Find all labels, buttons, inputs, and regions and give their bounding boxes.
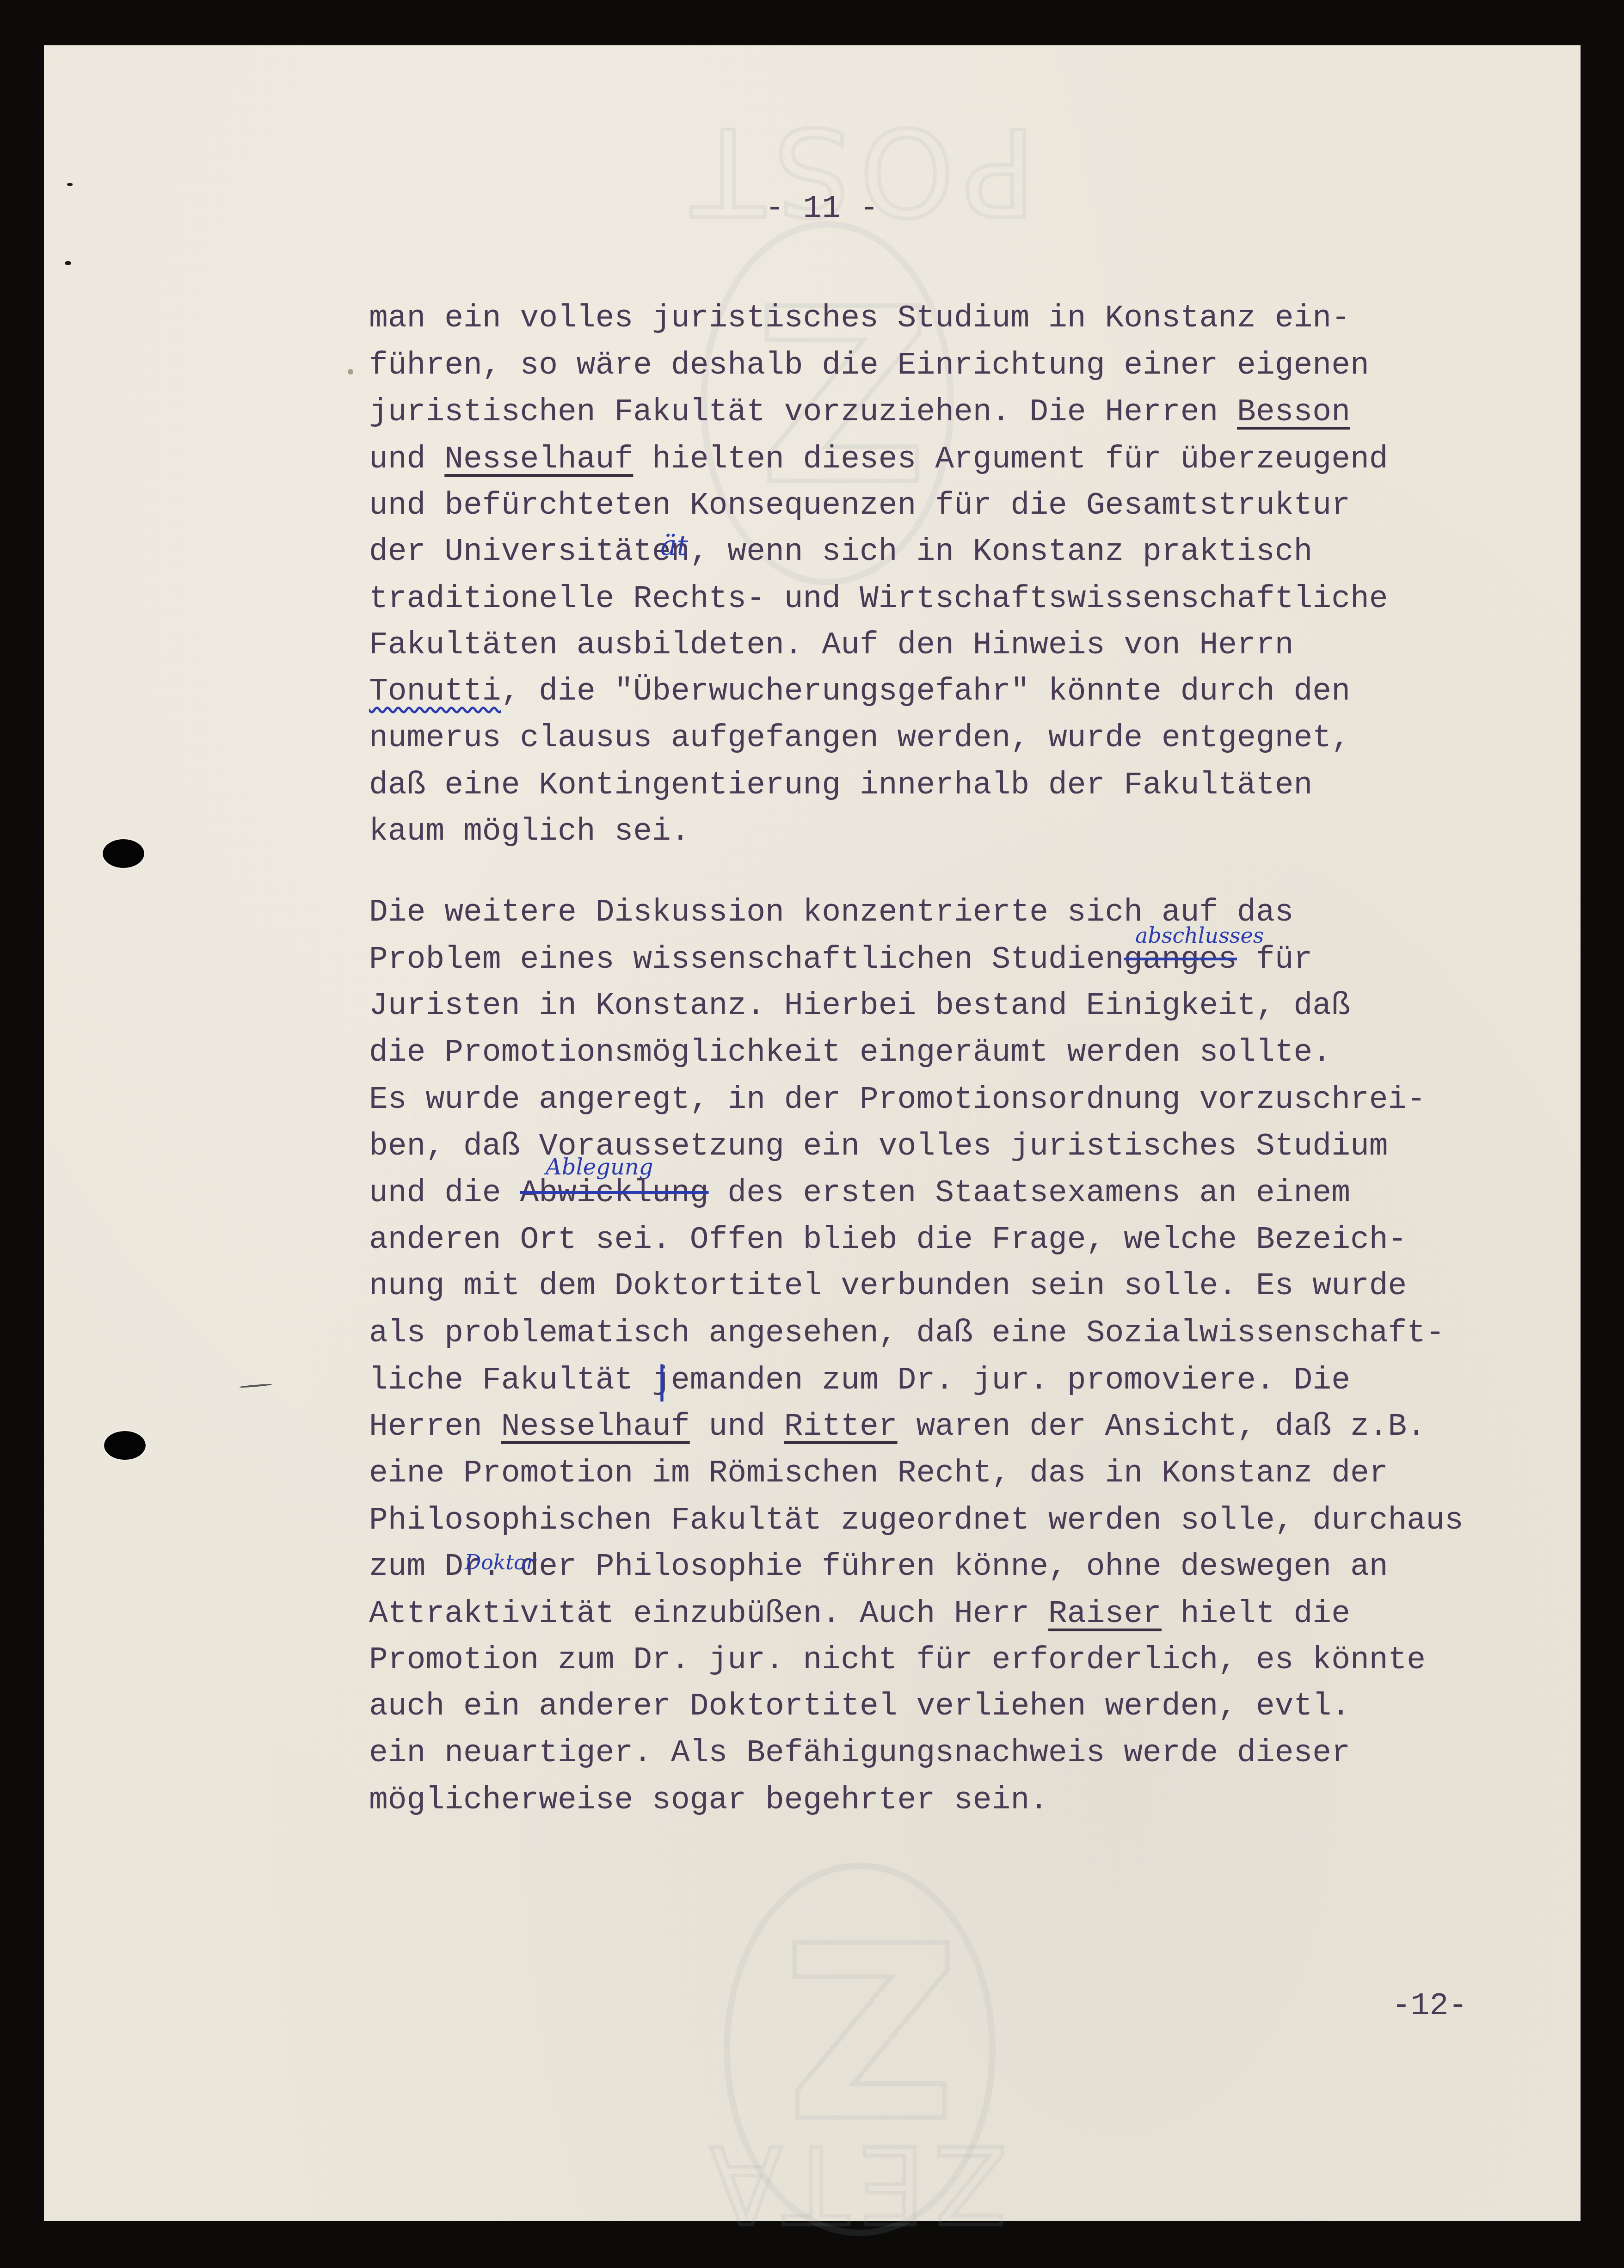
text-line: man ein volles juristisches Studium in K… bbox=[369, 303, 1350, 334]
page-number-top: - 11 - bbox=[765, 193, 879, 225]
text-segment: waren der Ansicht, daß z.B. bbox=[898, 1409, 1426, 1444]
text-line: Fakultäten ausbildeten. Auf den Hinweis … bbox=[369, 630, 1294, 661]
struck-text: Abwicklung bbox=[520, 1175, 708, 1211]
text-segment: für bbox=[1237, 942, 1312, 977]
text-line: ben, daß Voraussetzung ein volles jurist… bbox=[369, 1131, 1388, 1162]
text-segment: Problem eines wissenschaftlichen Studien bbox=[369, 942, 1124, 977]
text-line: der Universitäten, wenn sich in Konstanz… bbox=[369, 536, 1312, 568]
text-line: möglicherweise sogar begehrter sein. bbox=[369, 1785, 1048, 1816]
text-segment: hielt die bbox=[1162, 1596, 1350, 1632]
text-segment: Herren bbox=[369, 1409, 501, 1444]
text-line: und die Abwicklung des ersten Staatsexam… bbox=[369, 1178, 1350, 1209]
text-line: ein neuartiger. Als Befähigungsnachweis … bbox=[369, 1738, 1350, 1769]
text-line: die Promotionsmöglichkeit eingeräumt wer… bbox=[369, 1037, 1331, 1069]
text-line: daß eine Kontingentierung innerhalb der … bbox=[369, 770, 1312, 801]
text-segment: , die "Überwucherungsgefahr" könnte durc… bbox=[501, 674, 1350, 709]
text-line: Juristen in Konstanz. Hierbei bestand Ei… bbox=[369, 990, 1350, 1022]
text-line: anderen Ort sei. Offen blieb die Frage, … bbox=[369, 1224, 1407, 1256]
next-page-number: -12- bbox=[1392, 1991, 1467, 2022]
handwritten-annotation-ablegung: Ablegung bbox=[546, 1156, 653, 1178]
text-line: Tonutti, die "Überwucherungsgefahr" könn… bbox=[369, 676, 1350, 707]
text-line: Es wurde angeregt, in der Promotionsordn… bbox=[369, 1084, 1426, 1116]
text-line: und Nesselhauf hielten dieses Argument f… bbox=[369, 444, 1388, 475]
name-tonutti: Tonutti bbox=[369, 674, 501, 709]
text-line: und befürchteten Konsequenzen für die Ge… bbox=[369, 490, 1350, 522]
struck-text: ganges bbox=[1124, 942, 1237, 977]
struck-segment: es bbox=[1200, 942, 1237, 977]
handwritten-correction: ät bbox=[660, 532, 688, 559]
text-segment: juristischen Fakultät vorzuziehen. Die H… bbox=[369, 394, 1237, 430]
text-line: Philosophischen Fakultät zugeordnet werd… bbox=[369, 1505, 1464, 1537]
text-line: liche Fakultät jemanden zum Dr. jur. pro… bbox=[369, 1365, 1350, 1396]
text-line: führen, so wäre deshalb die Einrichtung … bbox=[369, 350, 1369, 381]
text-line: Herren Nesselhauf und Ritter waren der A… bbox=[369, 1411, 1426, 1443]
text-line: Promotion zum Dr. jur. nicht für erforde… bbox=[369, 1645, 1426, 1676]
text-line: nung mit dem Doktortitel verbunden sein … bbox=[369, 1271, 1407, 1302]
text-segment: und bbox=[369, 442, 444, 477]
text-segment: des ersten Staatsexamens an einem bbox=[709, 1175, 1350, 1211]
name-raiser: Raiser bbox=[1048, 1596, 1162, 1632]
text-line: traditionelle Rechts- und Wirtschaftswis… bbox=[369, 584, 1388, 615]
text-line: eine Promotion im Römischen Recht, das i… bbox=[369, 1458, 1388, 1489]
name-nesselhauf: Nesselhauf bbox=[501, 1409, 690, 1444]
name-ritter: Ritter bbox=[784, 1409, 898, 1444]
text-line: numerus clausus aufgefangen werden, wurd… bbox=[369, 723, 1350, 754]
text-segment: Attraktivität einzubüßen. Auch Herr bbox=[369, 1596, 1048, 1632]
punch-hole-bottom bbox=[104, 1431, 146, 1460]
text-line: Attraktivität einzubüßen. Auch Herr Rais… bbox=[369, 1598, 1350, 1630]
text-line: als problematisch angesehen, daß eine So… bbox=[369, 1318, 1445, 1349]
watermark-word-bottom: ZETA bbox=[701, 2121, 1007, 2245]
punch-hole-top bbox=[103, 839, 144, 868]
handwritten-annotation-doktor: Doktor bbox=[465, 1553, 536, 1573]
struck-segment: gang bbox=[1124, 942, 1199, 977]
text-line: auch ein anderer Doktortitel verliehen w… bbox=[369, 1691, 1350, 1722]
name-besson: Besson bbox=[1237, 394, 1350, 430]
margin-mark bbox=[348, 369, 353, 375]
name-nesselhauf: Nesselhauf bbox=[444, 442, 633, 477]
text-line: kaum möglich sei. bbox=[369, 816, 690, 848]
text-line: Problem eines wissenschaftlichen Studien… bbox=[369, 944, 1312, 976]
margin-mark bbox=[67, 183, 73, 186]
text-segment: und die bbox=[369, 1175, 520, 1211]
text-segment: hielten dieses Argument für überzeugend bbox=[633, 442, 1388, 477]
watermark-z-top: Z bbox=[756, 249, 930, 529]
text-segment: und bbox=[690, 1409, 784, 1444]
handwritten-mark: | bbox=[656, 1362, 668, 1399]
margin-mark bbox=[65, 261, 71, 265]
text-line: juristischen Fakultät vorzuziehen. Die H… bbox=[369, 397, 1350, 428]
